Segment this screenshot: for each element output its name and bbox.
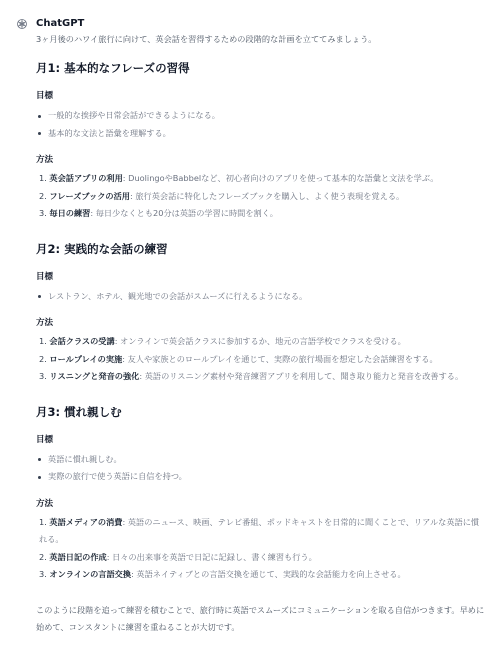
list-item: 3. オンラインの言語交換: 英語ネイティブとの言語交換を通じて、実践的な会話能… (36, 566, 486, 584)
section-title: 月1: 基本的なフレーズの習得 (36, 60, 486, 76)
section-month-3: 月3: 慣れ親しむ 目標 英語に慣れ親しむ。 実際の旅行で使う英語に自信を持つ。… (36, 404, 486, 584)
section-month-2: 月2: 実践的な会話の練習 目標 レストラン、ホテル、観光地での会話がスムーズに… (36, 241, 486, 386)
list-item: 3. リスニングと発音の強化: 英語のリスニング素材や発音練習アプリを利用して、… (36, 368, 486, 386)
list-item: 2. 英語日記の作成: 日々の出来事を英語で日記に記録し、書く練習も行う。 (36, 549, 486, 567)
list-item: 2. フレーズブックの活用: 旅行英会話に特化したフレーズブックを購入し、よく使… (36, 188, 486, 206)
goals-list: 一般的な挨拶や日常会話ができるようになる。 基本的な文法と語彙を理解する。 (36, 107, 486, 142)
message-content: 3ヶ月後のハワイ旅行に向けて、英会話を習得するための段階的な計画を立ててみましょ… (36, 32, 486, 636)
goals-heading: 目標 (36, 270, 486, 284)
methods-heading: 方法 (36, 497, 486, 511)
section-title: 月2: 実践的な会話の練習 (36, 241, 486, 257)
list-item: 2. ロールプレイの実施: 友人や家族とのロールプレイを通じて、実際の旅行場面を… (36, 351, 486, 369)
openai-logo-icon (15, 17, 29, 31)
list-item: 実際の旅行で使う英語に自信を持つ。 (36, 468, 486, 486)
goals-heading: 目標 (36, 433, 486, 447)
methods-list: 1. 英語メディアの消費: 英語のニュース、映画、テレビ番組、ポッドキャストを日… (36, 514, 486, 584)
methods-list: 1. 英会話アプリの利用: DuolingoやBabbelなど、初心者向けのアプ… (36, 170, 486, 223)
conclusion-text: このように段階を追って練習を積むことで、旅行時に英語でスムーズにコミュニケーショ… (36, 602, 486, 636)
goals-heading: 目標 (36, 89, 486, 103)
author-name: ChatGPT (36, 17, 84, 31)
methods-list: 1. 会話クラスの受講: オンラインで英会話クラスに参加するか、地元の言語学校で… (36, 333, 486, 386)
section-month-1: 月1: 基本的なフレーズの習得 目標 一般的な挨拶や日常会話ができるようになる。… (36, 60, 486, 223)
list-item: 一般的な挨拶や日常会話ができるようになる。 (36, 107, 486, 125)
list-item: 1. 英会話アプリの利用: DuolingoやBabbelなど、初心者向けのアプ… (36, 170, 486, 188)
list-item: 3. 毎日の練習: 毎日少なくとも20分は英語の学習に時間を割く。 (36, 205, 486, 223)
intro-text: 3ヶ月後のハワイ旅行に向けて、英会話を習得するための段階的な計画を立ててみましょ… (36, 32, 486, 47)
list-item: 1. 英語メディアの消費: 英語のニュース、映画、テレビ番組、ポッドキャストを日… (36, 514, 486, 549)
list-item: 基本的な文法と語彙を理解する。 (36, 125, 486, 143)
goals-list: 英語に慣れ親しむ。 実際の旅行で使う英語に自信を持つ。 (36, 451, 486, 486)
list-item: 1. 会話クラスの受講: オンラインで英会話クラスに参加するか、地元の言語学校で… (36, 333, 486, 351)
list-item: 英語に慣れ親しむ。 (36, 451, 486, 469)
methods-heading: 方法 (36, 153, 486, 167)
methods-heading: 方法 (36, 316, 486, 330)
section-title: 月3: 慣れ親しむ (36, 404, 486, 420)
list-item: レストラン、ホテル、観光地での会話がスムーズに行えるようになる。 (36, 288, 486, 306)
goals-list: レストラン、ホテル、観光地での会話がスムーズに行えるようになる。 (36, 288, 486, 306)
